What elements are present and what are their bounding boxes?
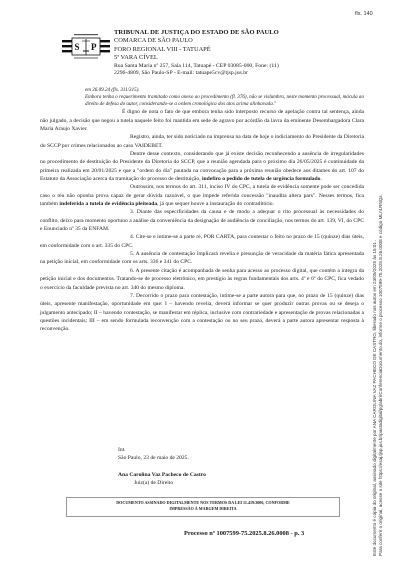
paragraph: Dentre desse contexto, considerando que … bbox=[40, 150, 364, 183]
judge-name: Ana Carolina Vaz Pacheco de Castro bbox=[118, 471, 206, 479]
signature-block: Int. São Paulo, 23 de maio de 2025. Ana … bbox=[118, 446, 206, 488]
digital-signature-stamp: DOCUMENTO ASSINADO DIGITALMENTE NOS TERM… bbox=[66, 497, 340, 517]
address-line-1: Rua Santa Maria nº 257, Sala 114, Tatuap… bbox=[114, 63, 374, 70]
document-body: em 26.09.24 (fls. 311/315). Embora tenha… bbox=[40, 87, 364, 334]
paragraph: 6. A presente citação é acompanhada de s… bbox=[40, 267, 364, 292]
paragraph: 4. Cite-se e intime-se a parte ré, POR C… bbox=[40, 233, 364, 250]
svg-text:P: P bbox=[91, 42, 97, 52]
decision-urgency-denied: indefiro o pedido de tutela de urgência … bbox=[202, 176, 320, 182]
address-line-2: 2296-4809, São Paulo-SP - E-mail: tatuap… bbox=[114, 70, 374, 77]
int-label: Int. bbox=[118, 446, 206, 454]
paragraph: É digno de nota o fato de que embora ten… bbox=[40, 108, 364, 133]
foro-name: FORO REGIONAL VIII - TATUAPÉ bbox=[114, 46, 374, 55]
vara-name: 5ª VARA CÍVEL bbox=[114, 54, 374, 63]
paragraph: 7. Decorrido o prazo para contestação, i… bbox=[40, 292, 364, 334]
tjsp-logo-icon: S P bbox=[62, 31, 110, 61]
svg-text:S: S bbox=[75, 42, 80, 52]
paragraph: Outrossim, nos termos do art. 311, incis… bbox=[40, 183, 364, 208]
paragraph: 5. A ausência de contestação implicará r… bbox=[40, 250, 364, 267]
page-folio-label: fls. 140 bbox=[355, 11, 373, 17]
paragraph: Registro, ainda, ter sido noticiado na i… bbox=[40, 133, 364, 150]
comarca-name: COMARCA DE SÃO PAULO bbox=[114, 37, 374, 46]
quote-block: em 26.09.24 (fls. 311/315). Embora tenha… bbox=[40, 87, 364, 108]
decision-evidence-denied: indeferida a tutela de evidência pleitea… bbox=[59, 201, 157, 207]
judge-role: Juiz(a) de Direito bbox=[118, 479, 206, 487]
process-number: Processo nº 1007599-75.2025.8.26.0008 - … bbox=[184, 530, 304, 537]
court-name: TRIBUNAL DE JUSTIÇA DO ESTADO DE SÃO PAU… bbox=[114, 29, 374, 37]
paragraph: 3. Diante das especificidades da causa e… bbox=[40, 208, 364, 233]
quote-line: Embora tenha o requerimento tramitado co… bbox=[85, 94, 364, 108]
place-date: São Paulo, 23 de maio de 2025. bbox=[118, 454, 206, 462]
side-margin-authentication: Este documento é cópia do original, assi… bbox=[372, 6, 385, 556]
